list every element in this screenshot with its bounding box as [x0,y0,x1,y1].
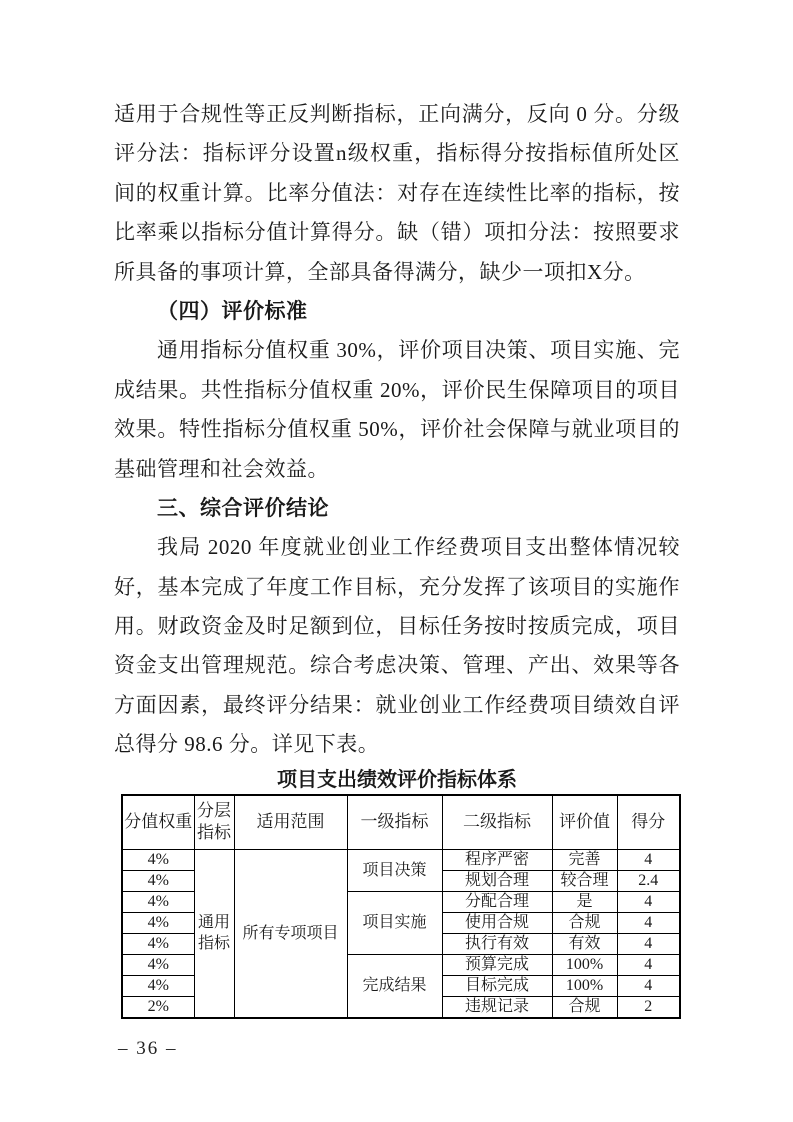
score-cell: 4 [617,954,680,975]
column-header: 二级指标 [442,795,552,850]
secondary-indicator-cell: 分配合理 [442,891,552,912]
column-header: 分值权重 [122,795,194,850]
table-row: 4%通用指标所有专项项目项目决策程序严密完善4 [122,849,680,870]
text-line: 总得分 98.6 分。详见下表。 [114,725,680,764]
column-header: 评价值 [552,795,617,850]
header-row: 分值权重分层指标适用范围一级指标二级指标评价值得分 [122,795,680,850]
weight-cell: 4% [122,870,194,891]
text-line: 比率乘以指标分值计算得分。缺（错）项扣分法：按照要求 [114,213,680,252]
score-cell: 4 [617,975,680,996]
document-content: 适用于合规性等正反判断指标，正向满分，反向 0 分。分级评分法：指标评分设置n级… [114,0,680,1019]
document-text: 适用于合规性等正反判断指标，正向满分，反向 0 分。分级评分法：指标评分设置n级… [114,0,680,765]
score-cell: 4 [617,912,680,933]
secondary-indicator-cell: 规划合理 [442,870,552,891]
evaluation-value-cell: 合规 [552,912,617,933]
column-header: 适用范围 [234,795,347,850]
secondary-indicator-cell: 执行有效 [442,933,552,954]
weight-cell: 4% [122,933,194,954]
document-page: 适用于合规性等正反判断指标，正向满分，反向 0 分。分级评分法：指标评分设置n级… [0,0,793,1122]
text-line: 好，基本完成了年度工作目标，充分发挥了该项目的实施作 [114,568,680,607]
column-header: 分层指标 [194,795,234,850]
table-title: 项目支出绩效评价指标体系 [114,767,680,793]
weight-cell: 4% [122,891,194,912]
column-header: 得分 [617,795,680,850]
score-cell: 2 [617,996,680,1018]
weight-cell: 2% [122,996,194,1018]
weight-cell: 4% [122,975,194,996]
evaluation-value-cell: 100% [552,954,617,975]
evaluation-value-cell: 是 [552,891,617,912]
secondary-indicator-cell: 预算完成 [442,954,552,975]
weight-cell: 4% [122,849,194,870]
text-line: 所具备的事项计算，全部具备得满分，缺少一项扣X分。 [114,253,680,292]
text-line: 我局 2020 年度就业创业工作经费项目支出整体情况较 [114,528,680,567]
text-line: 基础管理和社会效益。 [114,450,680,489]
text-line: 通用指标分值权重 30%，评价项目决策、项目实施、完 [114,331,680,370]
secondary-indicator-cell: 违规记录 [442,996,552,1018]
primary-indicator-cell: 完成结果 [347,954,442,1018]
text-line: 方面因素，最终评分结果：就业创业工作经费项目绩效自评 [114,686,680,725]
text-line: 用。财政资金及时足额到位，目标任务按时按质完成，项目 [114,607,680,646]
evaluation-value-cell: 100% [552,975,617,996]
score-cell: 2.4 [617,870,680,891]
evaluation-value-cell: 完善 [552,849,617,870]
text-line: 适用于合规性等正反判断指标，正向满分，反向 0 分。分级 [114,95,680,134]
primary-indicator-cell: 项目决策 [347,849,442,891]
indicator-table-header: 分值权重分层指标适用范围一级指标二级指标评价值得分 [122,795,680,850]
text-line: 资金支出管理规范。综合考虑决策、管理、产出、效果等各 [114,646,680,685]
evaluation-value-cell: 较合理 [552,870,617,891]
text-line: 成结果。共性指标分值权重 20%，评价民生保障项目的项目 [114,371,680,410]
section-heading: 三、综合评价结论 [114,489,680,528]
indicator-table-body: 4%通用指标所有专项项目项目决策程序严密完善44%规划合理较合理2.44%项目实… [122,849,680,1018]
text-line: 效果。特性指标分值权重 50%，评价社会保障与就业项目的 [114,410,680,449]
score-cell: 4 [617,933,680,954]
secondary-indicator-cell: 程序严密 [442,849,552,870]
secondary-indicator-cell: 使用合规 [442,912,552,933]
score-cell: 4 [617,849,680,870]
evaluation-value-cell: 有效 [552,933,617,954]
score-cell: 4 [617,891,680,912]
evaluation-value-cell: 合规 [552,996,617,1018]
column-header: 一级指标 [347,795,442,850]
weight-cell: 4% [122,912,194,933]
page-number: – 36 – [118,1038,178,1060]
indicator-table: 分值权重分层指标适用范围一级指标二级指标评价值得分 4%通用指标所有专项项目项目… [121,794,681,1019]
layer-indicator-cell: 通用指标 [194,849,234,1018]
weight-cell: 4% [122,954,194,975]
primary-indicator-cell: 项目实施 [347,891,442,954]
scope-cell: 所有专项项目 [234,849,347,1018]
text-line: 评分法：指标评分设置n级权重，指标得分按指标值所处区 [114,134,680,173]
secondary-indicator-cell: 目标完成 [442,975,552,996]
section-heading: （四）评价标准 [114,292,680,331]
text-line: 间的权重计算。比率分值法：对存在连续性比率的指标，按 [114,174,680,213]
